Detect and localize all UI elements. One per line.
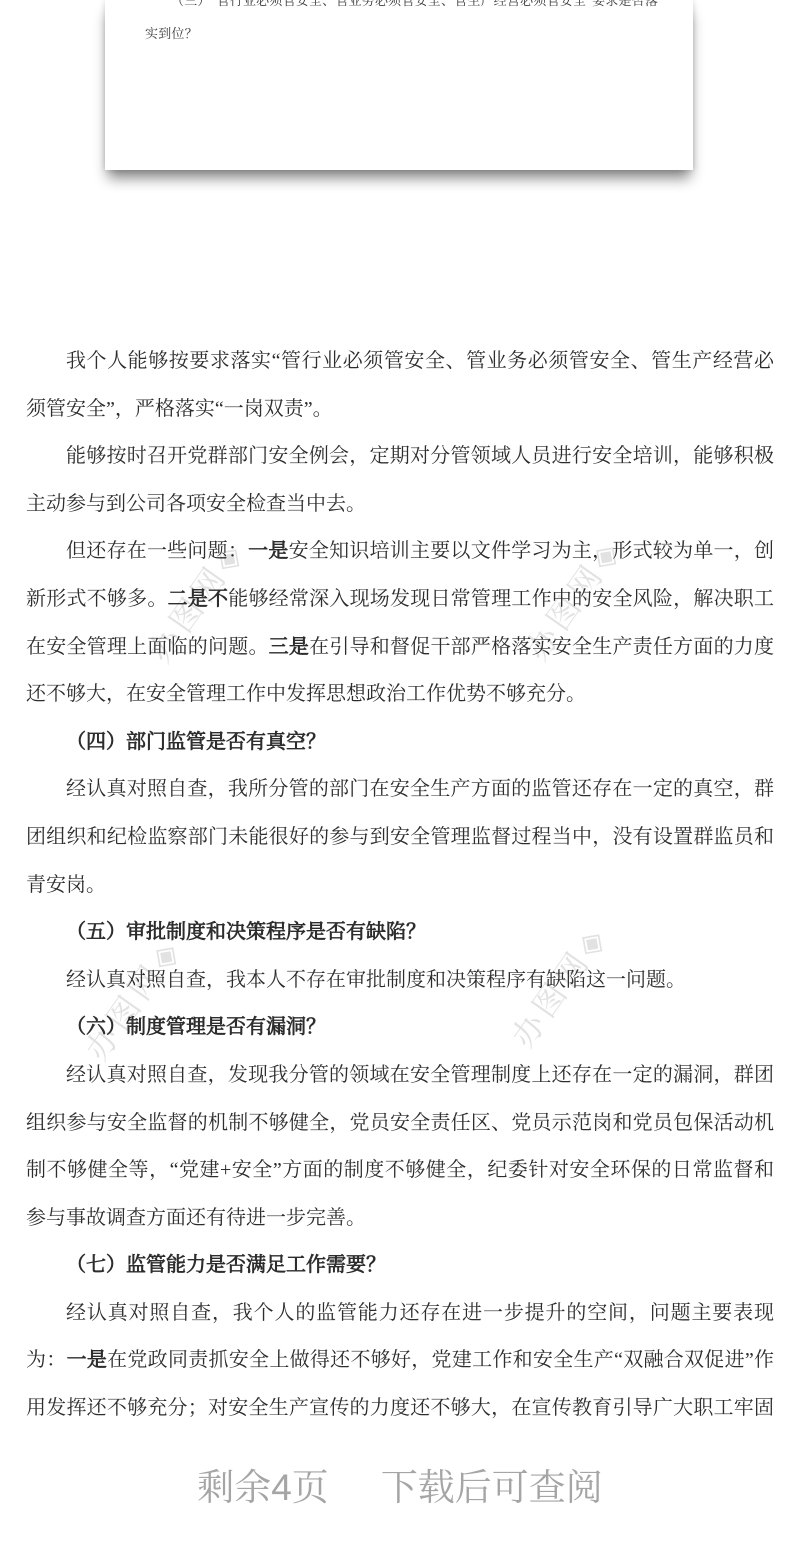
text-run: 经认真对照自查，我本人不存在审批制度和决策程序有缺陷这一问题。 <box>66 969 686 991</box>
bold-text-run: （六）制度管理是否有漏洞？ <box>66 1016 326 1038</box>
section-heading: （七）监管能力是否满足工作需要？ <box>26 1242 774 1290</box>
previous-page-continuation-line: 实到位？ <box>145 17 653 50</box>
paragraph: 经认真对照自查，我所分管的部门在安全生产方面的监管还存在一定的真空，群团组织和纪… <box>26 766 774 909</box>
paragraph: 经认真对照自查，我本人不存在审批制度和决策程序有缺陷这一问题。 <box>26 957 774 1005</box>
pages-remaining-label: 剩余4页 <box>197 1467 329 1508</box>
text-run: 经认真对照自查，发现我分管的领域在安全管理制度上还存在一定的漏洞，群团组织参与安… <box>26 1064 774 1229</box>
bold-text-run: （四）部门监管是否有真空？ <box>66 731 326 753</box>
section-heading: （四）部门监管是否有真空？ <box>26 719 774 767</box>
document-body: 我个人能够按要求落实“管行业必须管安全、管业务必须管安全、管生产经营必须管安全”… <box>0 338 800 1428</box>
section-heading: （六）制度管理是否有漏洞？ <box>26 1004 774 1052</box>
bold-text-run: （七）监管能力是否满足工作需要？ <box>66 1254 386 1276</box>
bold-text-run: 一是 <box>67 1349 108 1371</box>
bold-text-run: （五）审批制度和决策程序是否有缺陷？ <box>66 921 426 943</box>
text-run: 经认真对照自查，我所分管的部门在安全生产方面的监管还存在一定的真空，群团组织和纪… <box>26 778 774 895</box>
previous-page-clipped-line: （三）“管行业必须管安全、管业务必须管安全、管生产经营必须管安全”要求是否落 <box>145 0 653 17</box>
bold-text-run: 一是 <box>248 540 288 562</box>
footer-notice: 剩余4页下载后可查阅 <box>0 1466 800 1510</box>
paragraph: 我个人能够按要求落实“管行业必须管安全、管业务必须管安全、管生产经营必须管安全”… <box>26 338 774 433</box>
text-run: 我个人能够按要求落实“管行业必须管安全、管业务必须管安全、管生产经营必须管安全”… <box>26 350 774 420</box>
download-hint-label: 下载后可查阅 <box>381 1467 603 1508</box>
paragraph: 经认真对照自查，我个人的监管能力还存在进一步提升的空间，问题主要表现为：一是在党… <box>26 1290 774 1428</box>
paragraph: 能够按时召开党群部门安全例会，定期对分管领域人员进行安全培训，能够积极主动参与到… <box>26 433 774 528</box>
bold-text-run: 二是不 <box>168 588 229 610</box>
text-run: 但还存在一些问题： <box>66 540 248 562</box>
previous-page-preview-card: （三）“管行业必须管安全、管业务必须管安全、管生产经营必须管安全”要求是否落 实… <box>105 0 693 170</box>
section-heading: （五）审批制度和决策程序是否有缺陷？ <box>26 909 774 957</box>
text-run: 能够按时召开党群部门安全例会，定期对分管领域人员进行安全培训，能够积极主动参与到… <box>26 445 774 515</box>
bold-text-run: 三是 <box>269 636 309 658</box>
text-run: 在党政同责抓安全上做得还不够好，党建工作和安全生产“双融合双促进”作用发挥还不够… <box>26 1349 774 1428</box>
paragraph: 经认真对照自查，发现我分管的领域在安全管理制度上还存在一定的漏洞，群团组织参与安… <box>26 1052 774 1242</box>
paragraph: 但还存在一些问题：一是安全知识培训主要以文件学习为主，形式较为单一，创新形式不够… <box>26 528 774 718</box>
